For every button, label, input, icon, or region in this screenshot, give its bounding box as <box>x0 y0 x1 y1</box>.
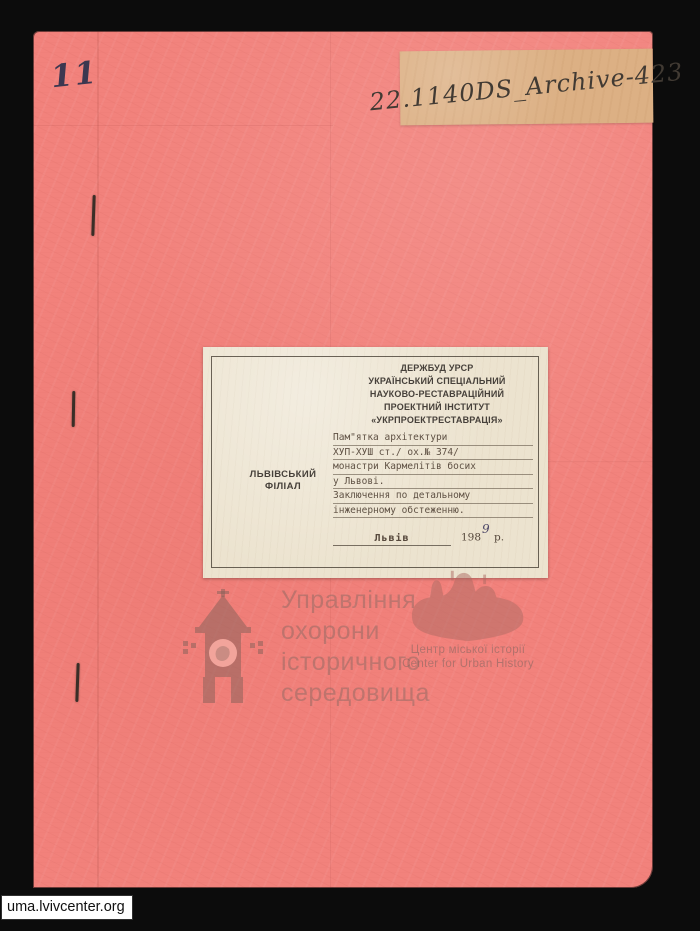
institute-line: УКРАЇНСЬКИЙ СПЕЦІАЛЬНИЙ <box>338 375 536 388</box>
year-printed: 198 <box>461 532 481 544</box>
watermark-line: Центр міської історії <box>363 643 573 657</box>
staple <box>72 391 76 427</box>
tower-logo-icon <box>181 589 265 705</box>
site-watermark-tag: uma.lvivcenter.org <box>2 896 132 919</box>
fold-crease <box>33 125 333 126</box>
watermark-urban-history-center: Центр міської історії Center for Urban H… <box>363 567 573 697</box>
year-suffix: р. <box>494 532 504 544</box>
year-value: 1989 р. <box>461 525 504 544</box>
typed-line: інженерному обстеженню. <box>333 504 533 519</box>
fold-crease <box>97 31 99 888</box>
city-skyline-icon <box>399 567 537 643</box>
scan-background: 11 22.1140DS_Archive-423 ДЕРЖБУД УРСР УК… <box>0 0 700 931</box>
typed-line: ХУП-ХУШ ст./ ох.№ 374/ <box>333 446 533 461</box>
typed-line: Пам"ятка архітектури <box>333 431 533 446</box>
archive-number-handwriting: 22.1140DS_Archive-423 <box>368 58 684 117</box>
branch-name: ЛЬВІВСЬКИЙ ФІЛІАЛ <box>243 469 323 493</box>
branch-line: ЛЬВІВСЬКИЙ <box>243 469 323 481</box>
city-name: Львів <box>333 533 451 546</box>
title-label: ДЕРЖБУД УРСР УКРАЇНСЬКИЙ СПЕЦІАЛЬНИЙ НАУ… <box>203 347 548 578</box>
typed-line: монастри Кармелітів босих <box>333 460 533 475</box>
staple <box>75 663 79 702</box>
archive-number-sticker: 22.1140DS_Archive-423 <box>400 49 654 126</box>
typed-title-block: Пам"ятка архітектури ХУП-ХУШ ст./ ох.№ 3… <box>333 431 533 518</box>
folder-cover: 11 22.1140DS_Archive-423 ДЕРЖБУД УРСР УК… <box>33 31 653 888</box>
urban-history-center-text: Центр міської історії Center for Urban H… <box>363 643 573 671</box>
institute-line: «УКРПРОЕКТРЕСТАВРАЦІЯ» <box>338 414 536 427</box>
watermark-line: Center for Urban History <box>363 657 573 671</box>
institute-line: НАУКОВО-РЕСТАВРАЦІЙНИЙ <box>338 388 536 401</box>
year-handwritten-digit: 9 <box>482 522 490 536</box>
typed-line: у Львові. <box>333 475 533 490</box>
handwritten-page-number: 11 <box>49 55 100 96</box>
branch-line: ФІЛІАЛ <box>243 481 323 493</box>
staple <box>91 195 95 236</box>
city-year-line: Львів 1989 р. <box>333 525 533 546</box>
institute-line: ДЕРЖБУД УРСР <box>338 362 536 375</box>
typed-line: Заключення по детальному <box>333 489 533 504</box>
institute-header: ДЕРЖБУД УРСР УКРАЇНСЬКИЙ СПЕЦІАЛЬНИЙ НАУ… <box>338 362 536 427</box>
institute-line: ПРОЕКТНИЙ ІНСТИТУТ <box>338 401 536 414</box>
